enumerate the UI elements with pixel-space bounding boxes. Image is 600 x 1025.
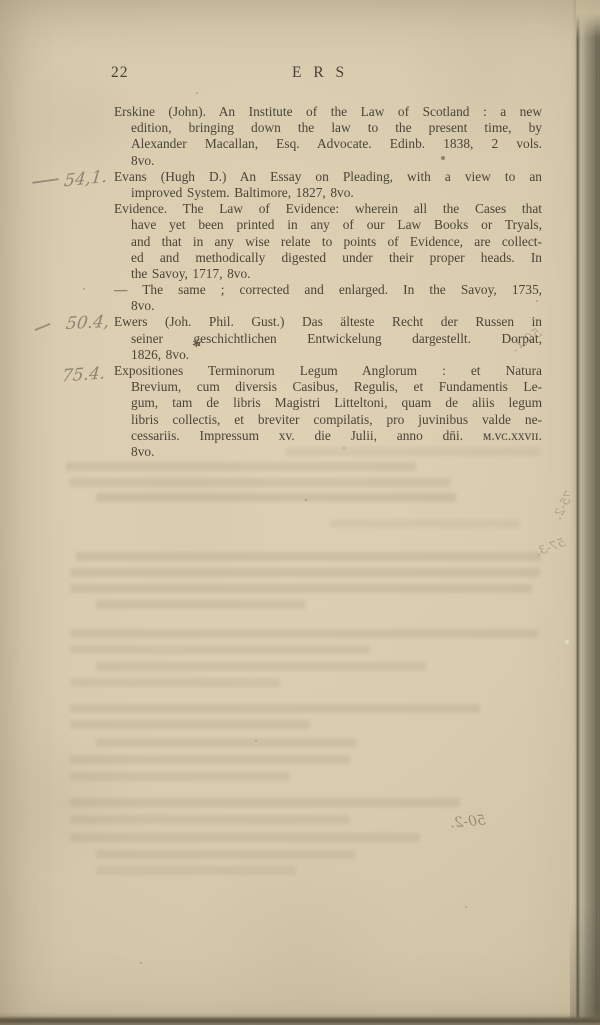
catalog-entry-evidence: Evidence. The Law of Evidence: wherein a… bbox=[114, 201, 542, 282]
entry-text-line: 8vo. bbox=[131, 298, 542, 314]
page-bottom-edge bbox=[0, 1012, 600, 1025]
show-through-mark: 57-3. bbox=[534, 535, 568, 559]
entry-text-line: — The same ; corrected and enlarged. In … bbox=[114, 282, 542, 298]
shelfmark-annotation-ewers: 50.4, bbox=[65, 312, 111, 334]
entry-text-line: Evidence. The Law of Evidence: wherein a… bbox=[114, 201, 542, 217]
entry-text-line: and that in any wise relate to points of… bbox=[131, 234, 542, 250]
entry-text-line: 8vo. bbox=[131, 153, 542, 169]
catalog-entry-expositiones: Expositiones Terminorum Legum Anglorum :… bbox=[114, 363, 542, 460]
page-number: 22 bbox=[111, 64, 129, 82]
dust-specks bbox=[0, 0, 2, 2]
entry-text-line: Ewers (Joh. Phil. Gust.) Das älteste Rec… bbox=[114, 314, 542, 330]
entry-text-line: edition, bringing down the law to the pr… bbox=[131, 120, 542, 136]
shelfmark-annotation-evans: 54,1. bbox=[63, 167, 108, 192]
entry-text-line: gum, tam de libris Magistri Litteltoni, … bbox=[131, 395, 542, 411]
entry-text-line: the Savoy, 1717, 8vo. bbox=[131, 266, 542, 282]
catalogue-text-block: Erskine (John). An Institute of the Law … bbox=[114, 104, 542, 460]
entry-text-line: Alexander Macallan, Esq. Advocate. Edinb… bbox=[131, 136, 542, 152]
shelfmark-annotation-expositiones: 75.4. bbox=[61, 363, 106, 386]
show-through-mark: 50-2. bbox=[449, 812, 486, 831]
pen-tick-mark bbox=[34, 323, 51, 331]
catalog-entry-ewers: Ewers (Joh. Phil. Gust.) Das älteste Rec… bbox=[114, 314, 542, 363]
pen-dash-mark bbox=[32, 178, 59, 184]
entry-text-line: cessariis. Impressum xv. die Julii, anno… bbox=[131, 428, 542, 444]
entry-text-line: Erskine (John). An Institute of the Law … bbox=[114, 104, 542, 120]
entry-text-line: Brevium, cum diversis Casibus, Regulis, … bbox=[131, 379, 542, 395]
entry-text-line: Evans (Hugh D.) An Essay on Pleading, wi… bbox=[114, 169, 542, 185]
entry-text-line: 8vo. bbox=[131, 444, 542, 460]
catalog-entry-evans: Evans (Hugh D.) An Essay on Pleading, wi… bbox=[114, 169, 542, 201]
entry-text-line: ed and methodically digested under their… bbox=[131, 250, 542, 266]
entry-text-line: have yet been printed in any of our Law … bbox=[131, 217, 542, 233]
entry-text-line: improved System. Baltimore, 1827, 8vo. bbox=[131, 185, 542, 201]
entry-text-line: Expositiones Terminorum Legum Anglorum :… bbox=[114, 363, 542, 379]
catalog-entry-evidence-same: — The same ; corrected and enlarged. In … bbox=[114, 282, 542, 314]
catalog-entry-erskine: Erskine (John). An Institute of the Law … bbox=[114, 104, 542, 169]
book-fore-edge bbox=[570, 0, 600, 1025]
entry-text-line: libris collectis, et breviter compilatis… bbox=[131, 412, 542, 428]
running-head: E R S bbox=[292, 64, 348, 82]
